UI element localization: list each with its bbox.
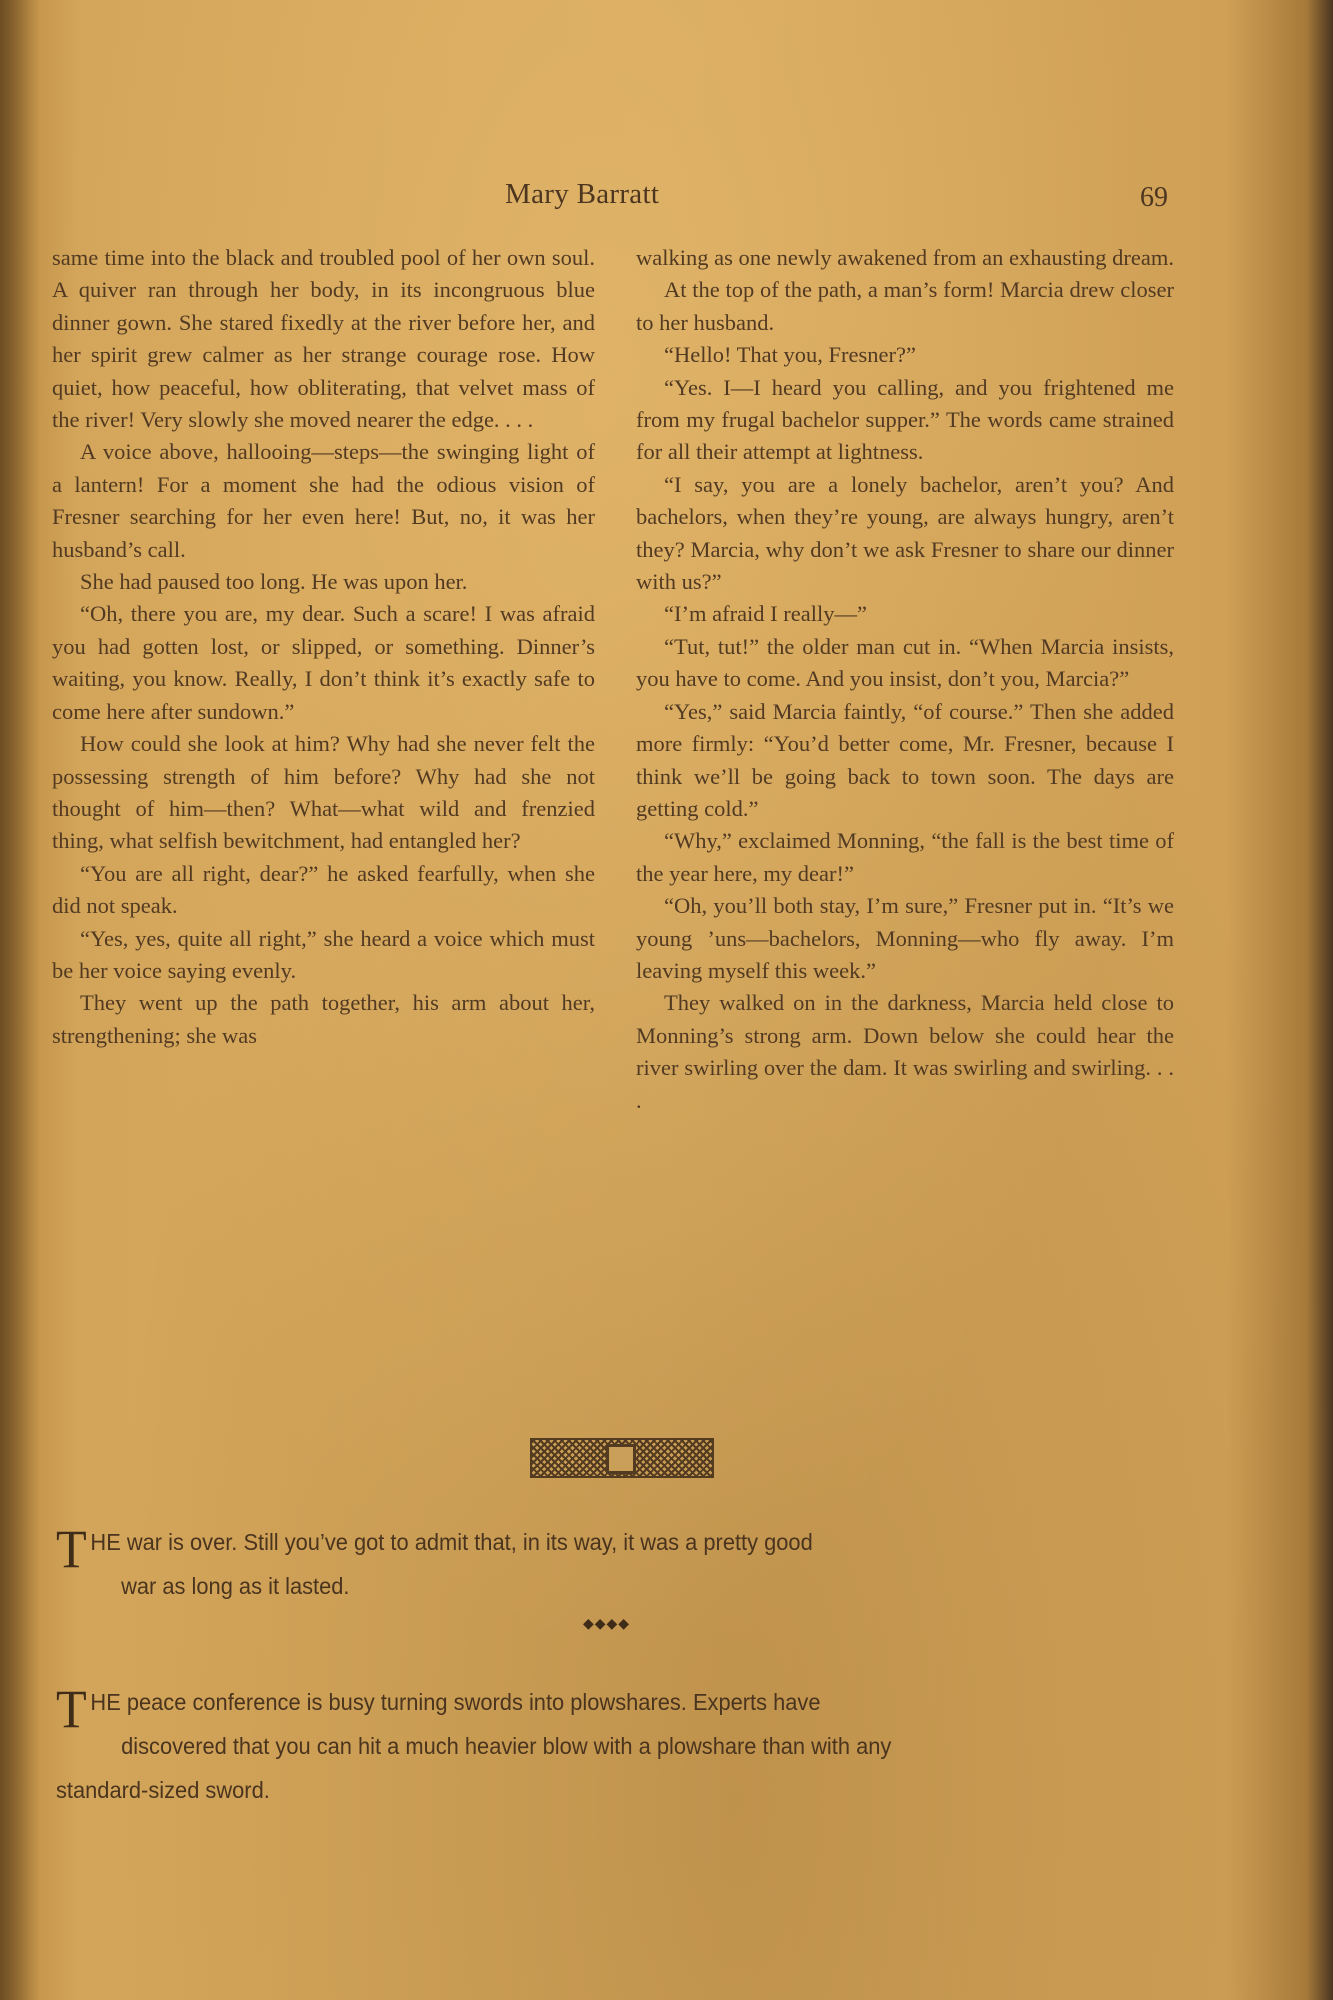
section-divider-icon: ◆◆◆◆ — [583, 1616, 630, 1633]
drop-cap: T — [56, 1684, 87, 1734]
squib-line: HE peace conference is busy turning swor… — [90, 1689, 820, 1715]
right-column: walking as one newly awakened from an ex… — [636, 242, 1174, 1117]
paragraph: “You are all right, dear?” he asked fear… — [52, 858, 595, 923]
paragraph: same time into the black and troubled po… — [52, 242, 595, 436]
squib-line: discovered that you can hit a much heavi… — [56, 1724, 1096, 1768]
squib-line: HE war is over. Still you’ve got to admi… — [90, 1529, 812, 1555]
paragraph: They went up the path together, his arm … — [52, 987, 595, 1052]
paragraph: How could she look at him? Why had she n… — [52, 728, 595, 858]
paragraph: “Tut, tut!” the older man cut in. “When … — [636, 631, 1174, 696]
squib-line: war as long as it lasted. — [56, 1564, 1096, 1608]
paragraph: “Why,” exclaimed Monning, “the fall is t… — [636, 825, 1174, 890]
page-number: 69 — [1140, 182, 1168, 214]
paragraph: “Oh, you’ll both stay, I’m sure,” Fresne… — [636, 890, 1174, 987]
book-page: Mary Barratt 69 same time into the black… — [0, 0, 1333, 2000]
squib-peace-conference: T HE peace conference is busy turning sw… — [56, 1680, 1096, 1812]
squib-war-over: T HE war is over. Still you’ve got to ad… — [56, 1520, 1096, 1608]
decorative-ornament-icon — [530, 1438, 714, 1478]
drop-cap: T — [56, 1524, 87, 1574]
paragraph: “I say, you are a lonely bachelor, aren’… — [636, 469, 1174, 599]
paragraph: “Yes,” said Marcia faintly, “of course.”… — [636, 696, 1174, 826]
squib-line: standard-sized sword. — [56, 1768, 1096, 1812]
paragraph: “Hello! That you, Fresner?” — [636, 339, 1174, 371]
paragraph: walking as one newly awakened from an ex… — [636, 242, 1174, 274]
running-title: Mary Barratt — [505, 178, 659, 211]
page-header: Mary Barratt 69 — [0, 178, 1333, 218]
paragraph: They walked on in the darkness, Marcia h… — [636, 987, 1174, 1117]
paragraph: At the top of the path, a man’s form! Ma… — [636, 274, 1174, 339]
paragraph: “Oh, there you are, my dear. Such a scar… — [52, 598, 595, 728]
paragraph: “Yes, yes, quite all right,” she heard a… — [52, 923, 595, 988]
paragraph: She had paused too long. He was upon her… — [52, 566, 595, 598]
left-column: same time into the black and troubled po… — [52, 242, 595, 1052]
paragraph: “Yes. I—I heard you calling, and you fri… — [636, 372, 1174, 469]
paragraph: “I’m afraid I really—” — [636, 598, 1174, 630]
paragraph: A voice above, hallooing—steps—the swing… — [52, 436, 595, 566]
